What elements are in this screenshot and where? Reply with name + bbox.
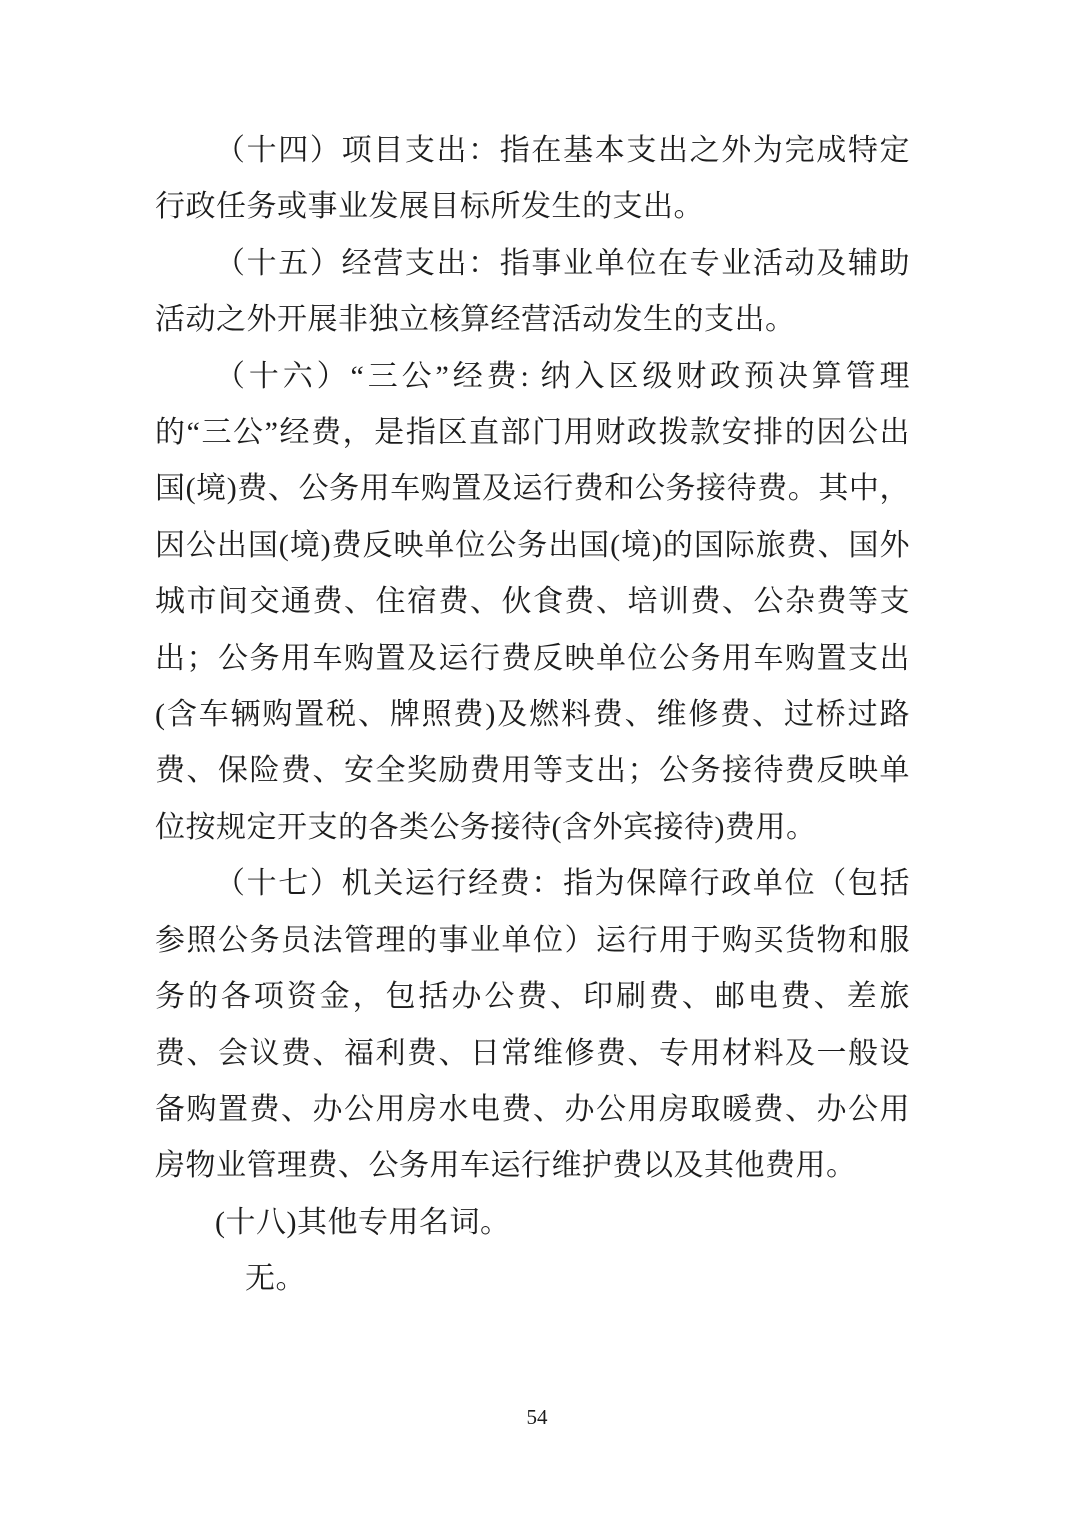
paragraph-item-16: （十六）“三公”经费: 纳入区级财政预决算管理的“三公”经费，是指区直部门用财政… bbox=[155, 349, 910, 857]
page-number: 54 bbox=[0, 1405, 1074, 1430]
paragraph-item-17: （十七）机关运行经费：指为保障行政单位（包括参照公务员法管理的事业单位）运行用于… bbox=[155, 856, 910, 1194]
paragraph-item-15: （十五）经营支出：指事业单位在专业活动及辅助活动之外开展非独立核算经营活动发生的… bbox=[155, 236, 910, 349]
paragraph-item-18: (十八)其他专用名词。 bbox=[155, 1195, 910, 1251]
paragraph-item-14: （十四）项目支出：指在基本支出之外为完成特定行政任务或事业发展目标所发生的支出。 bbox=[155, 123, 910, 236]
document-page: （十四）项目支出：指在基本支出之外为完成特定行政任务或事业发展目标所发生的支出。… bbox=[0, 0, 1074, 1520]
document-body: （十四）项目支出：指在基本支出之外为完成特定行政任务或事业发展目标所发生的支出。… bbox=[155, 123, 910, 1308]
paragraph-none: 无。 bbox=[155, 1251, 910, 1307]
